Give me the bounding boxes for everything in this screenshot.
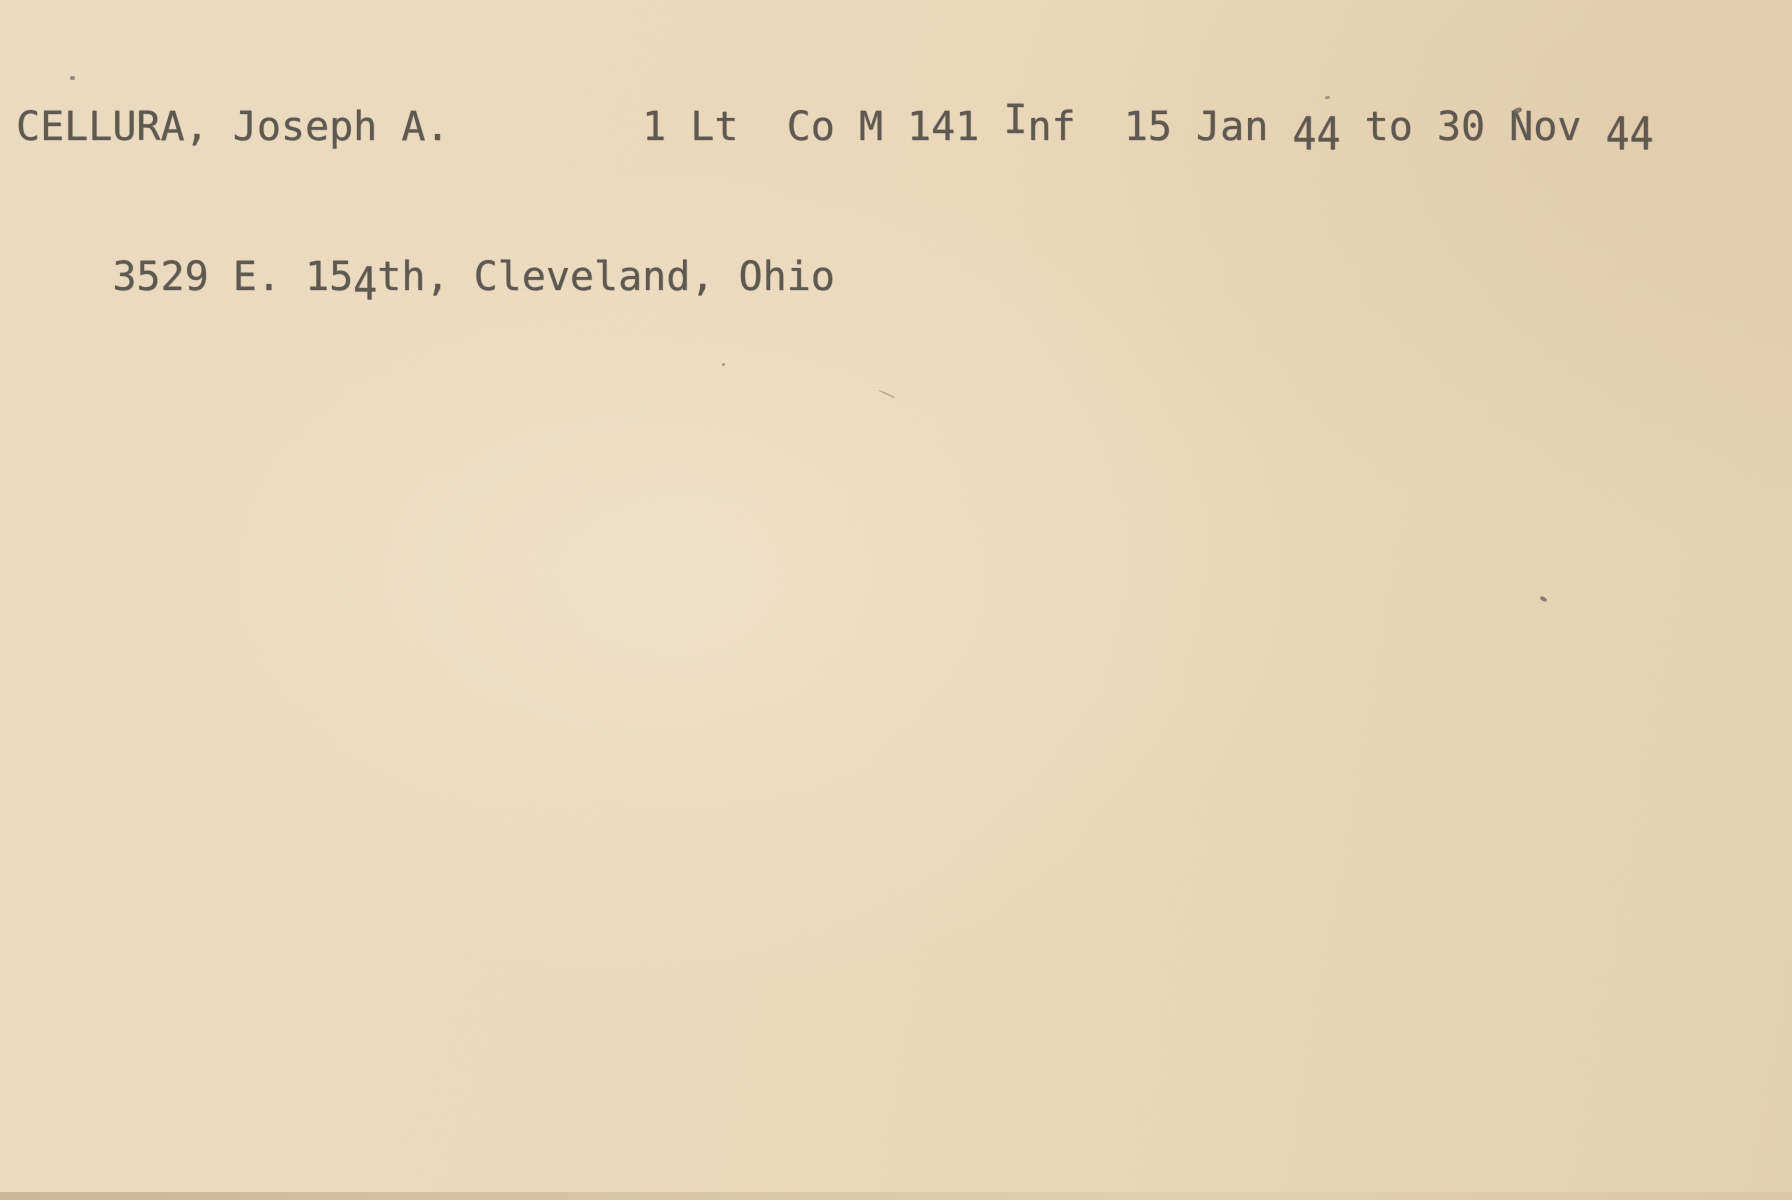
to-end-date-text: to 30 Nov [1341, 104, 1606, 150]
paper-speck [1539, 596, 1547, 603]
card-bottom-edge-shadow [0, 1192, 1792, 1200]
address-city-state-text: th, Cleveland, Ohio [377, 254, 835, 300]
card-text-block: CELLURA, Joseph A. 1 Lt Co M 141 Inf 15 … [16, 2, 1654, 402]
address-street-number-text: 3529 E. 15 [16, 254, 353, 300]
address-line: 3529 E. 154th, Cleveland, Ohio [16, 252, 1654, 302]
name-rank-unit-text: CELLURA, Joseph A. 1 Lt Co M 141 [16, 104, 1003, 150]
street-number-4: 4 [353, 256, 377, 313]
service-record-line: CELLURA, Joseph A. 1 Lt Co M 141 Inf 15 … [16, 102, 1654, 152]
inf-raised-capital-i: I [1003, 95, 1027, 145]
index-card: CELLURA, Joseph A. 1 Lt Co M 141 Inf 15 … [0, 0, 1792, 1200]
start-year-44: 44 [1292, 106, 1340, 163]
inf-and-start-date-text: nf 15 Jan [1027, 104, 1292, 150]
end-year-44: 44 [1605, 106, 1653, 163]
